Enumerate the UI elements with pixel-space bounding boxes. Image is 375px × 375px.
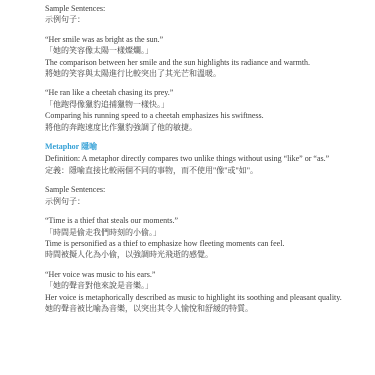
example-sentence-en: “He ran like a cheetah chasing its prey.…	[45, 87, 357, 98]
metaphor-definition-zh: 定義：隱喻直接比較兩個不同的事物，而不使用"像"或"如"。	[45, 165, 357, 176]
document-page: Sample Sentences: 示例句子： “Her smile was a…	[0, 0, 375, 375]
metaphor-definition-block: Metaphor 隱喻 Definition: A metaphor direc…	[45, 141, 357, 176]
example-sentence-zh: 「她的笑容像太陽一樣燦爛。」	[45, 45, 357, 56]
sample-sentences-label-en: Sample Sentences:	[45, 184, 357, 195]
example-explanation-en: The comparison between her smile and the…	[45, 57, 357, 68]
metaphor-definition-en: Definition: A metaphor directly compares…	[45, 153, 357, 164]
simile-sample-sentences-block: Sample Sentences: 示例句子：	[45, 3, 357, 26]
example-explanation-en: Her voice is metaphorically described as…	[45, 292, 357, 303]
example-sentence-zh: 「時間是偷走我們時刻的小偷。」	[45, 227, 357, 238]
example-explanation-en: Time is personified as a thief to emphas…	[45, 238, 357, 249]
sample-sentences-label-en: Sample Sentences:	[45, 3, 357, 14]
example-sentence-en: “Time is a thief that steals our moments…	[45, 215, 357, 226]
sample-sentences-label-zh: 示例句子：	[45, 14, 357, 25]
simile-example-2: “He ran like a cheetah chasing its prey.…	[45, 87, 357, 133]
sample-sentences-label-zh: 示例句子：	[45, 196, 357, 207]
example-explanation-zh: 將他的奔跑速度比作獵豹強調了他的敏捷。	[45, 122, 357, 133]
example-sentence-zh: 「他跑得像獵豹追捕獵物一樣快。」	[45, 99, 357, 110]
metaphor-example-2: “Her voice was music to his ears.” 「她的聲音…	[45, 269, 357, 315]
example-explanation-zh: 將她的笑容與太陽進行比較突出了其光芒和溫暖。	[45, 68, 357, 79]
example-sentence-en: “Her smile was as bright as the sun.”	[45, 34, 357, 45]
example-explanation-en: Comparing his running speed to a cheetah…	[45, 110, 357, 121]
metaphor-section-heading: Metaphor 隱喻	[45, 141, 357, 152]
simile-example-1: “Her smile was as bright as the sun.” 「她…	[45, 34, 357, 80]
metaphor-example-1: “Time is a thief that steals our moments…	[45, 215, 357, 261]
example-sentence-zh: 「她的聲音對他來說是音樂。」	[45, 280, 357, 291]
example-sentence-en: “Her voice was music to his ears.”	[45, 269, 357, 280]
metaphor-sample-sentences-block: Sample Sentences: 示例句子：	[45, 184, 357, 207]
example-explanation-zh: 時間被擬人化為小偷，以強調時光飛逝的感覺。	[45, 249, 357, 260]
example-explanation-zh: 她的聲音被比喻為音樂，以突出其令人愉悅和舒緩的特質。	[45, 303, 357, 314]
